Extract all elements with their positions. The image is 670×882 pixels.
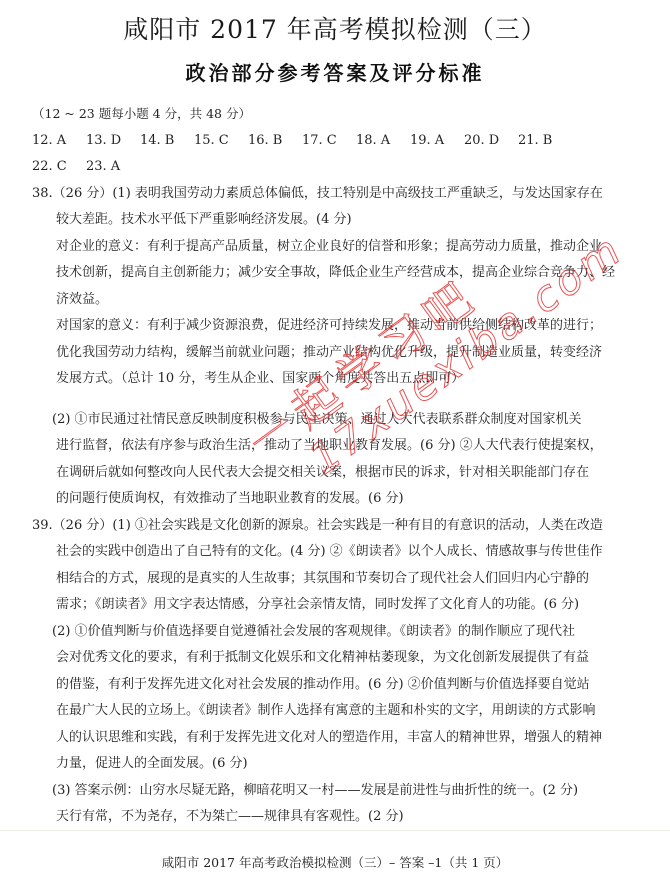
q38-line: 优化我国劳动力结构，缓解当前就业问题；推动产业结构优化升级，提升制造业质量，转变… [32,340,650,367]
q39-line: (3) 答案示例：山穷水尽疑无路，柳暗花明又一村——发展是前进性与曲折性的统一。… [32,778,650,805]
mc-answer: 19. A [410,128,464,155]
q38-line: 38.（26 分）(1) 表明我国劳动力素质总体偏低，技工特别是中高级技工严重缺… [32,181,650,208]
page-footer: 咸阳市 2017 年高考政治模拟检测（三）– 答案 –1（共 1 页） [0,853,670,871]
q38-part2-line: 进行监督，依法有序参与政治生活，推动了当地职业教育发展。(6 分) ②人大代表行… [32,433,650,460]
q39-line: 的借鉴，有利于发挥先进文化对社会发展的推动作用。(6 分) ②价值判断与价值选择… [32,672,650,699]
mc-answer: 12. A [32,128,86,155]
mc-answer: 18. A [356,128,410,155]
mc-answer: 13. D [86,128,140,155]
q39-line: 人的认识思维和实践，有利于发挥先进文化对人的塑造作用，丰富人的精神世界，增强人的… [32,725,650,752]
q38-line: 对企业的意义：有利于提高产品质量，树立企业良好的信誉和形象；提高劳动力质量，推动… [32,234,650,261]
mc-answers-row-2: 22. C 23. A [32,154,650,181]
q39-line: 需求；《朗读者》用文字表达情感，分享社会亲情友情，同时发挥了文化育人的功能。(6… [32,592,650,619]
q38-part2-line: 的问题行使质询权，有效推动了当地职业教育的发展。(6 分) [32,486,650,513]
answer-key-page: 咸阳市 2017 年高考模拟检测（三） 政治部分参考答案及评分标准 （12 ~ … [0,0,670,882]
q39-line: 社会的实践中创造出了自己特有的文化。(4 分) ②《朗读者》以个人成长、情感故事… [32,539,650,566]
page-divider [0,830,670,831]
mc-answer: 16. B [248,128,302,155]
q39-line: 会对优秀文化的要求，有利于抵制文化娱乐和文化精神枯萎现象，为文化创新发展提供了有… [32,645,650,672]
mc-answer: 15. C [194,128,248,155]
q38-line: 技术创新，提高自主创新能力；减少安全事故，降低企业生产经营成本，提高企业综合竞争… [32,260,650,287]
q39-line: 相结合的方式，展现的是真实的人生故事；其氛围和节奏切合了现代社会人们回归内心宁静… [32,566,650,593]
spacer [32,393,650,407]
mc-answer: 23. A [86,154,140,181]
mc-answer: 14. B [140,128,194,155]
q38-part2-line: (2) ①市民通过社情民意反映制度积极参与民主决策、通过人大代表联系群众制度对国… [32,407,650,434]
mc-answer: 21. B [518,128,572,155]
mc-scoring-note: （12 ~ 23 题每小题 4 分，共 48 分） [32,101,650,128]
answer-content: （12 ~ 23 题每小题 4 分，共 48 分） 12. A 13. D 14… [32,101,650,831]
mc-answer: 22. C [32,154,86,181]
q38-line: 较大差距。技术水平低下严重影响经济发展。(4 分) [32,207,650,234]
document-subtitle: 政治部分参考答案及评分标准 [0,57,670,86]
q38-line: 发展方式。（总计 10 分，考生从企业、国家两个角度共答出五点即可） [32,366,650,393]
question-38: 38.（26 分）(1) 表明我国劳动力素质总体偏低，技工特别是中高级技工严重缺… [32,181,650,513]
q38-line: 济效益。 [32,287,650,314]
mc-answer: 17. C [302,128,356,155]
mc-answers-row-1: 12. A 13. D 14. B 15. C 16. B 17. C 18. … [32,128,650,155]
q38-line: 对国家的意义：有利于减少资源浪费，促进经济可持续发展，推动当前供给侧结构改革的进… [32,313,650,340]
document-title: 咸阳市 2017 年高考模拟检测（三） [0,10,670,46]
q39-line: 39.（26 分）(1) ①社会实践是文化创新的源泉。社会实践是一种有目的有意识… [32,513,650,540]
q39-line: 力量，促进人的全面发展。(6 分) [32,751,650,778]
q39-line: 天行有常，不为尧存，不为桀亡——规律具有客观性。(2 分) [32,804,650,831]
question-39: 39.（26 分）(1) ①社会实践是文化创新的源泉。社会实践是一种有目的有意识… [32,513,650,831]
q39-line: 在最广大人民的立场上。《朗读者》制作人选择有寓意的主题和朴实的文字，用朗读的方式… [32,698,650,725]
q38-part2-line: 在调研后就如何整改向人民代表大会提交相关议案，根据市民的诉求，针对相关职能部门存… [32,460,650,487]
q39-line: (2) ①价值判断与价值选择要自觉遵循社会发展的客观规律。《朗读者》的制作顺应了… [32,619,650,646]
mc-answer: 20. D [464,128,518,155]
